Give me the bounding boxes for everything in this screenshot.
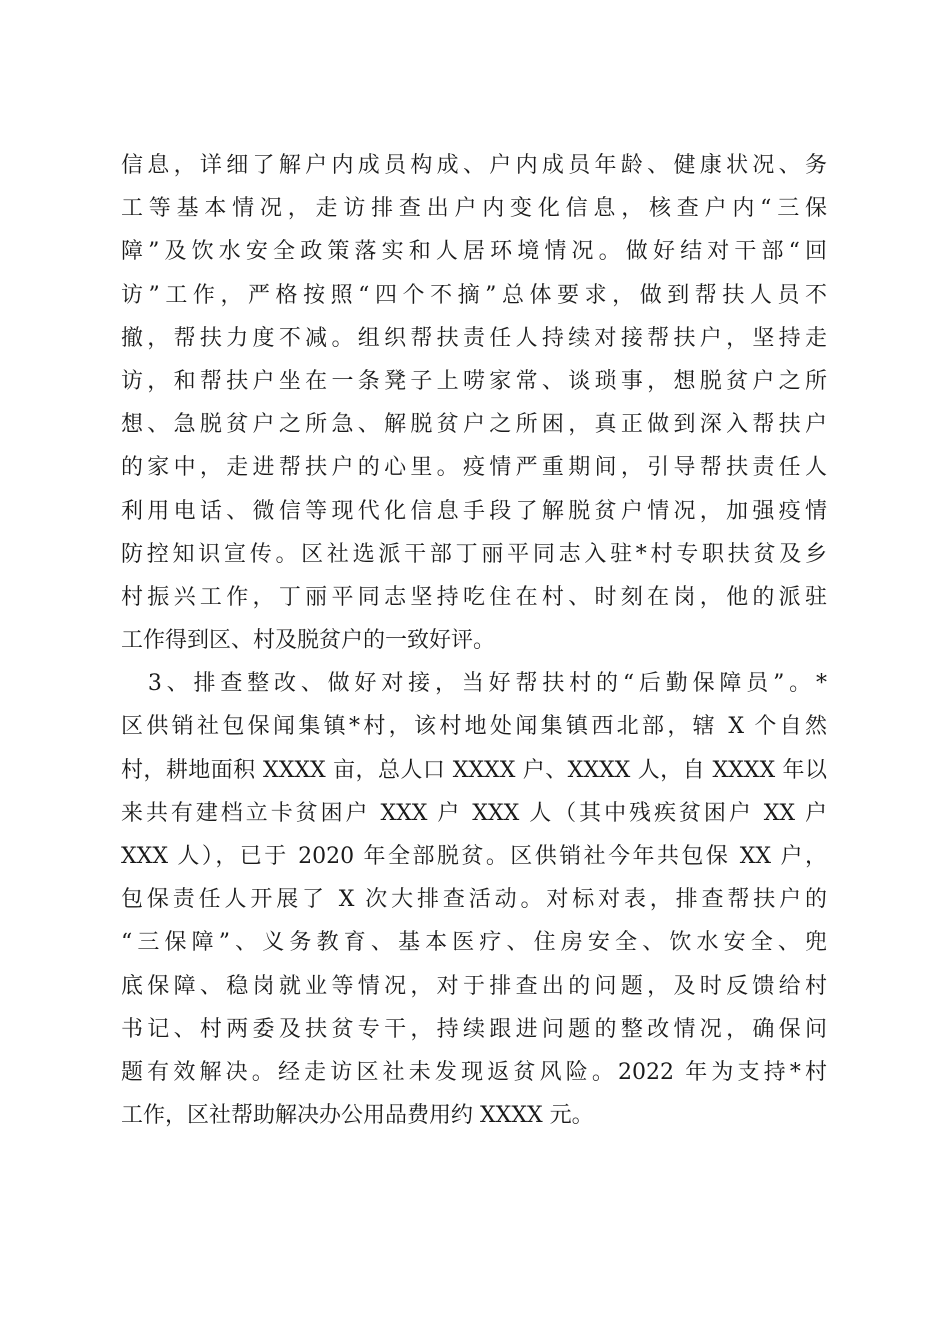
text-line: 信息，详细了解户内成员构成、户内成员年龄、健康状况、务	[121, 144, 827, 187]
text-line: 想、急脱贫户之所急、解脱贫户之所困，真正做到深入帮扶户	[121, 403, 827, 446]
text-line: 访，和帮扶户坐在一条凳子上唠家常、谈琐事，想脱贫户之所	[121, 360, 827, 403]
section-heading-line: 3、排查整改、做好对接，当好帮扶村的“后勤保障员”。*	[121, 662, 827, 705]
document-page: 信息，详细了解户内成员构成、户内成员年龄、健康状况、务 工等基本情况，走访排查出…	[0, 0, 950, 1344]
text-line: “三保障”、义务教育、基本医疗、住房安全、饮水安全、兜	[121, 921, 827, 964]
text-line: 的家中，走进帮扶户的心里。疫情严重期间，引导帮扶责任人	[121, 446, 827, 489]
text-line: 区供销社包保闻集镇*村，该村地处闻集镇西北部，辖 X 个自然	[121, 705, 827, 748]
text-line: 来共有建档立卡贫困户 XXX 户 XXX 人（其中残疾贫困户 XX 户	[121, 792, 827, 835]
text-line: 撤，帮扶力度不减。组织帮扶责任人持续对接帮扶户，坚持走	[121, 317, 827, 360]
text-line-last: 工作，区社帮助解决办公用品费用约 XXXX 元。	[121, 1094, 827, 1137]
text-line: 访”工作，严格按照“四个不摘”总体要求，做到帮扶人员不	[121, 274, 827, 317]
text-line: 防控知识宣传。区社选派干部丁丽平同志入驻*村专职扶贫及乡	[121, 533, 827, 576]
text-line: 书记、村两委及扶贫专干，持续跟进问题的整改情况，确保问	[121, 1008, 827, 1051]
text-line: 村振兴工作，丁丽平同志坚持吃住在村、时刻在岗，他的派驻	[121, 576, 827, 619]
text-line-last: 工作得到区、村及脱贫户的一致好评。	[121, 619, 827, 662]
document-body: 信息，详细了解户内成员构成、户内成员年龄、健康状况、务 工等基本情况，走访排查出…	[121, 144, 827, 1137]
text-line: 工等基本情况，走访排查出户内变化信息，核查户内“三保	[121, 187, 827, 230]
paragraph-section-3: 3、排查整改、做好对接，当好帮扶村的“后勤保障员”。* 区供销社包保闻集镇*村，…	[121, 662, 827, 1137]
paragraph-household-visits: 信息，详细了解户内成员构成、户内成员年龄、健康状况、务 工等基本情况，走访排查出…	[121, 144, 827, 662]
text-line: 包保责任人开展了 X 次大排查活动。对标对表，排查帮扶户的	[121, 878, 827, 921]
text-line: XXX 人），已于 2020 年全部脱贫。区供销社今年共包保 XX 户，	[121, 835, 827, 878]
text-line: 村，耕地面积 XXXX 亩，总人口 XXXX 户、XXXX 人，自 XXXX 年…	[121, 749, 827, 792]
text-line: 利用电话、微信等现代化信息手段了解脱贫户情况，加强疫情	[121, 490, 827, 533]
text-line: 题有效解决。经走访区社未发现返贫风险。2022 年为支持*村	[121, 1051, 827, 1094]
text-line: 障”及饮水安全政策落实和人居环境情况。做好结对干部“回	[121, 230, 827, 273]
text-line: 底保障、稳岗就业等情况，对于排查出的问题，及时反馈给村	[121, 965, 827, 1008]
